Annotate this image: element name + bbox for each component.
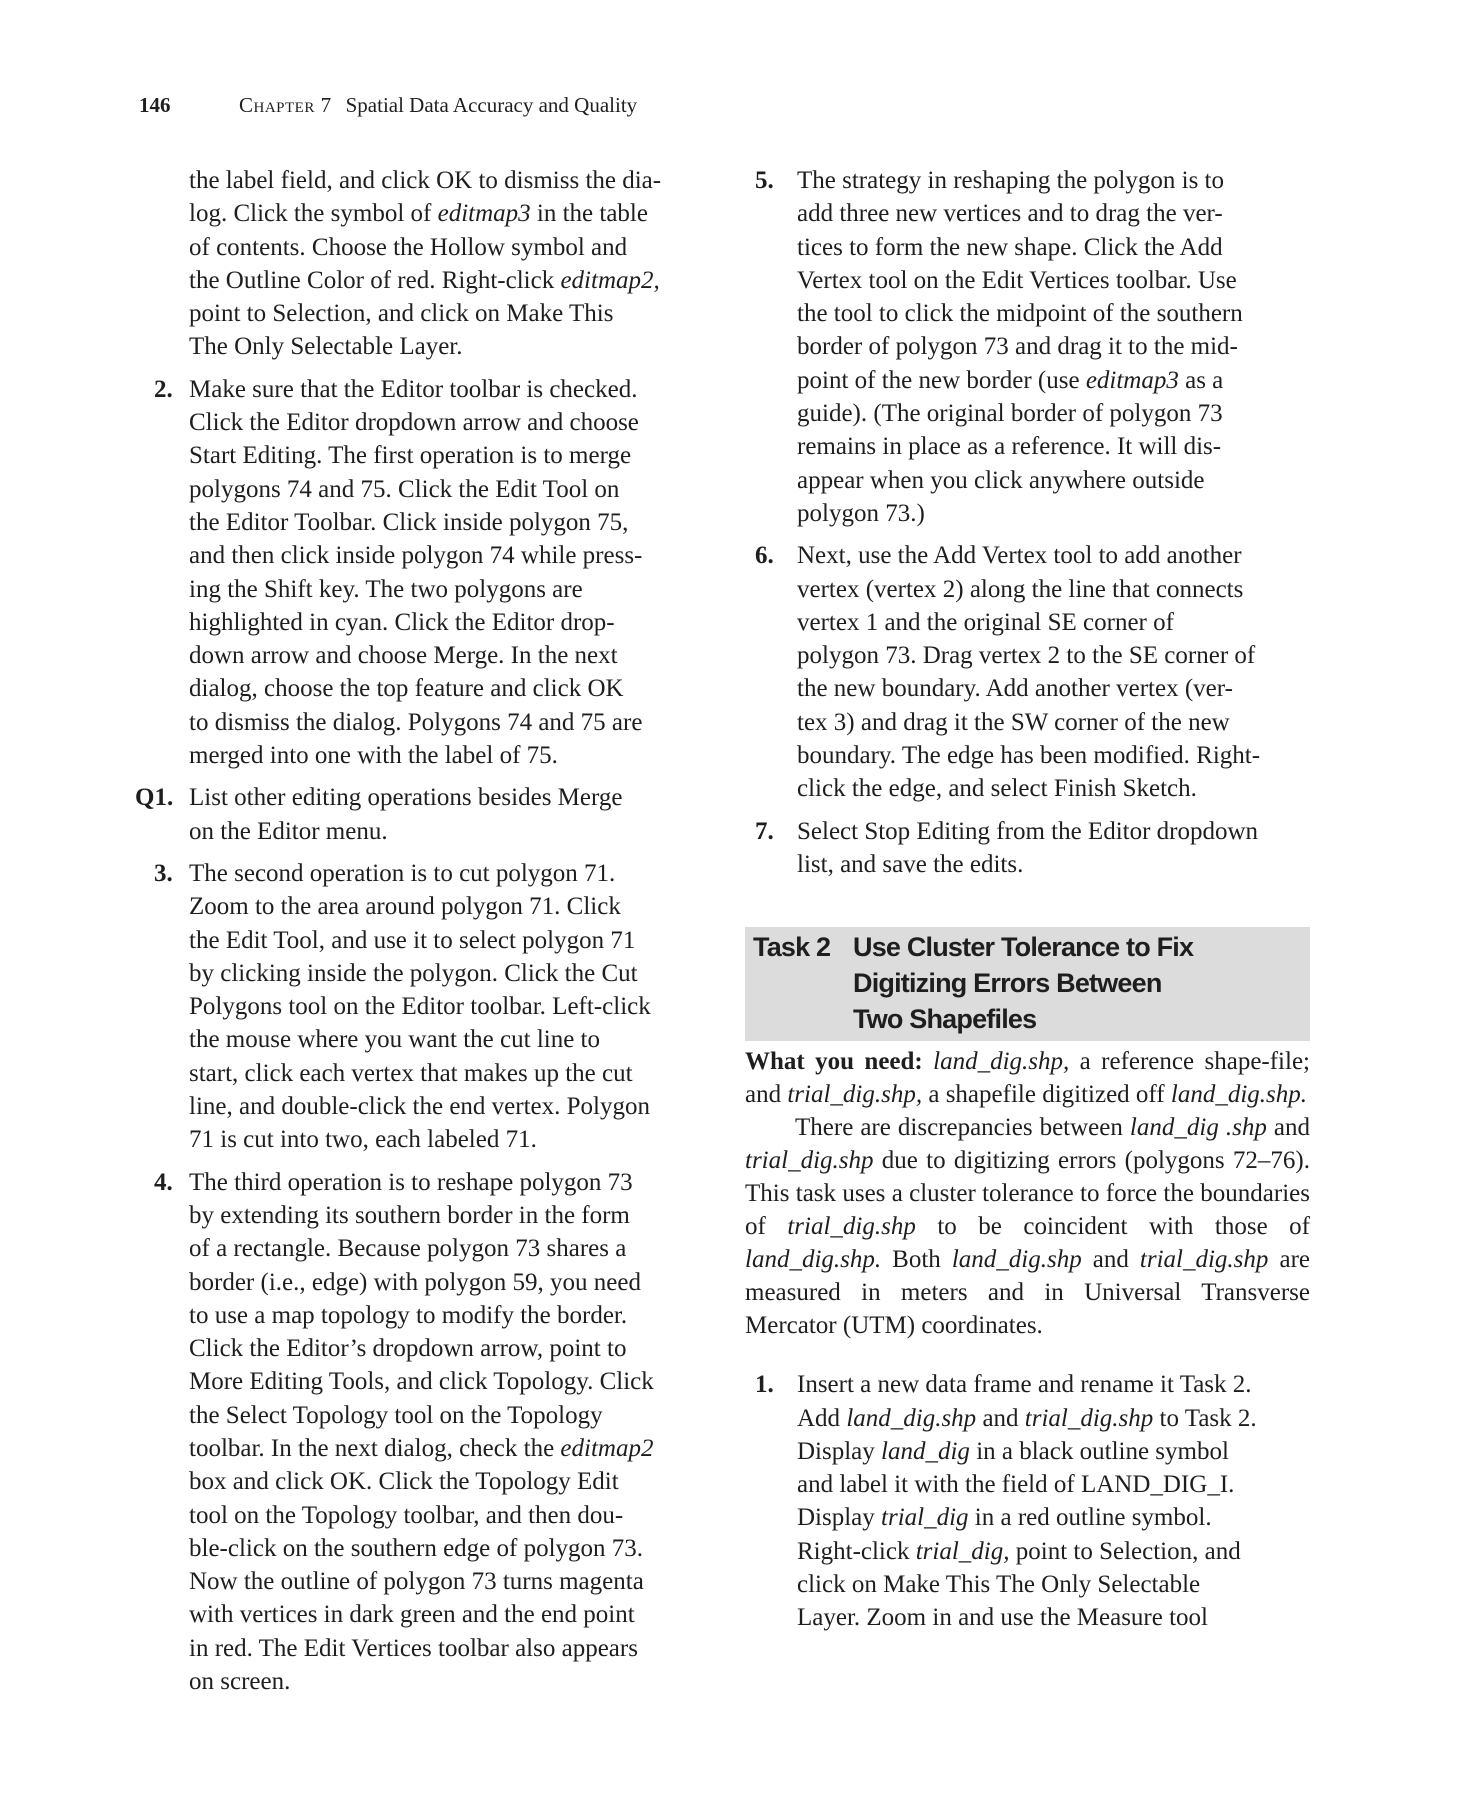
text-line: Zoom to the area around polygon 71. Clic… <box>189 890 659 923</box>
text-line: on screen. <box>189 1665 659 1698</box>
text-line: add three new vertices and to drag the v… <box>797 197 1310 230</box>
text-line: and label it with the field of LAND_DIG_… <box>797 1468 1310 1501</box>
text-line: to use a map topology to modify the bord… <box>189 1299 659 1332</box>
text-line: in red. The Edit Vertices toolbar also a… <box>189 1632 659 1665</box>
text-line: point of the new border (use editmap3 as… <box>797 364 1310 397</box>
text-line: the Edit Tool, and use it to select poly… <box>189 924 659 957</box>
text-line: tices to form the new shape. Click the A… <box>797 231 1310 264</box>
step-number: 2. <box>154 373 173 406</box>
text-line: tool on the Topology toolbar, and then d… <box>189 1499 659 1532</box>
task-heading: Task 2 Use Cluster Tolerance to FixDigit… <box>745 927 1310 1041</box>
what-you-need: What you need: land_dig.shp, a reference… <box>745 1045 1310 1111</box>
text-line: tex 3) and drag it the SW corner of the … <box>797 706 1310 739</box>
task-intro-paragraph: There are discrepancies between land_dig… <box>745 1111 1310 1342</box>
step-number: 4. <box>154 1166 173 1199</box>
question-item: Q1.List other editing operations besides… <box>139 781 659 848</box>
text-line: by extending its southern border in the … <box>189 1199 659 1232</box>
text-line: More Editing Tools, and click Topology. … <box>189 1365 659 1398</box>
text-line: Click the Editor’s dropdown arrow, point… <box>189 1332 659 1365</box>
text-line: Next, use the Add Vertex tool to add ano… <box>797 539 1310 572</box>
text-line: vertex (vertex 2) along the line that co… <box>797 573 1310 606</box>
task-label: Task 2 <box>753 929 853 1037</box>
text-line: box and click OK. Click the Topology Edi… <box>189 1465 659 1498</box>
text-line: polygons 74 and 75. Click the Edit Tool … <box>189 473 659 506</box>
running-head: 146Chapter 7Spatial Data Accuracy and Qu… <box>139 92 637 118</box>
text-line: merged into one with the label of 75. <box>189 739 659 772</box>
text-line: click the edge, and select Finish Sketch… <box>797 772 1310 805</box>
text-line: the mouse where you want the cut line to <box>189 1023 659 1056</box>
text-line: The Only Selectable Layer. <box>189 330 659 363</box>
text-line: List other editing operations besides Me… <box>189 781 659 814</box>
text-line: list, and save the edits. <box>797 848 1310 881</box>
text-line: border (i.e., edge) with polygon 59, you… <box>189 1266 659 1299</box>
step-number: 7. <box>755 815 774 848</box>
continued-step-text: the label field, and click OK to dismiss… <box>139 164 659 364</box>
step-item: 4.The third operation is to reshape poly… <box>139 1166 659 1699</box>
text-line: point to Selection, and click on Make Th… <box>189 297 659 330</box>
text-line: Insert a new data frame and rename it Ta… <box>797 1368 1310 1401</box>
chapter-title: Spatial Data Accuracy and Quality <box>346 93 638 117</box>
text-line: Vertex tool on the Edit Vertices toolbar… <box>797 264 1310 297</box>
step-number: 1. <box>755 1368 774 1401</box>
page-number: 146 <box>139 92 239 118</box>
text-line: the Editor Toolbar. Click inside polygon… <box>189 506 659 539</box>
text-line: 71 is cut into two, each labeled 71. <box>189 1123 659 1156</box>
text-line: Two Shapefiles <box>853 1001 1300 1037</box>
right-steps: 5.The strategy in reshaping the polygon … <box>745 164 1310 881</box>
text-line: remains in place as a reference. It will… <box>797 430 1310 463</box>
text-line: Polygons tool on the Editor toolbar. Lef… <box>189 990 659 1023</box>
text-line: vertex 1 and the original SE corner of <box>797 606 1310 639</box>
text-line: Right-click trial_dig, point to Selectio… <box>797 1535 1310 1568</box>
left-steps: 2.Make sure that the Editor toolbar is c… <box>139 373 659 1699</box>
text-line: Add land_dig.shp and trial_dig.shp to Ta… <box>797 1402 1310 1435</box>
step-item: 3.The second operation is to cut polygon… <box>139 857 659 1157</box>
text-line: log. Click the symbol of editmap3 in the… <box>189 197 659 230</box>
text-line: the Select Topology tool on the Topology <box>189 1399 659 1432</box>
text-line: Make sure that the Editor toolbar is che… <box>189 373 659 406</box>
text-line: the label field, and click OK to dismiss… <box>189 164 659 197</box>
text-line: Select Stop Editing from the Editor drop… <box>797 815 1310 848</box>
text-line: line, and double-click the end vertex. P… <box>189 1090 659 1123</box>
task-title: Use Cluster Tolerance to FixDigitizing E… <box>853 929 1300 1037</box>
text-line: Layer. Zoom in and use the Measure tool <box>797 1601 1310 1634</box>
text-line: toolbar. In the next dialog, check the e… <box>189 1432 659 1465</box>
step-number: 5. <box>755 164 774 197</box>
what-you-need-label: What you need: <box>745 1048 923 1075</box>
task-steps: 1.Insert a new data frame and rename it … <box>745 1368 1310 1634</box>
text-line: with vertices in dark green and the end … <box>189 1598 659 1631</box>
text-line: on the Editor menu. <box>189 815 659 848</box>
text-line: the Outline Color of red. Right-click ed… <box>189 264 659 297</box>
text-line: start, click each vertex that makes up t… <box>189 1057 659 1090</box>
text-line: Use Cluster Tolerance to Fix <box>853 929 1300 965</box>
text-line: border of polygon 73 and drag it to the … <box>797 330 1310 363</box>
text-line: Display trial_dig in a red outline symbo… <box>797 1501 1310 1534</box>
step-number: Q1. <box>135 781 173 814</box>
text-line: The second operation is to cut polygon 7… <box>189 857 659 890</box>
text-line: by clicking inside the polygon. Click th… <box>189 957 659 990</box>
left-column: the label field, and click OK to dismiss… <box>139 164 659 1707</box>
text-line: guide). (The original border of polygon … <box>797 397 1310 430</box>
text-line: highlighted in cyan. Click the Editor dr… <box>189 606 659 639</box>
text-line: click on Make This The Only Selectable <box>797 1568 1310 1601</box>
text-line: The strategy in reshaping the polygon is… <box>797 164 1310 197</box>
text-line: Display land_dig in a black outline symb… <box>797 1435 1310 1468</box>
chapter-label: Chapter 7 <box>239 93 332 117</box>
text-line: appear when you click anywhere outside <box>797 464 1310 497</box>
text-line: dialog, choose the top feature and click… <box>189 672 659 705</box>
step-item: 5.The strategy in reshaping the polygon … <box>745 164 1310 530</box>
text-line: ing the Shift key. The two polygons are <box>189 573 659 606</box>
text-line: Start Editing. The first operation is to… <box>189 439 659 472</box>
text-line: the tool to click the midpoint of the so… <box>797 297 1310 330</box>
text-line: polygon 73. Drag vertex 2 to the SE corn… <box>797 639 1310 672</box>
step-item: 7.Select Stop Editing from the Editor dr… <box>745 815 1310 882</box>
text-line: the new boundary. Add another vertex (ve… <box>797 672 1310 705</box>
step-item: 1.Insert a new data frame and rename it … <box>745 1368 1310 1634</box>
text-line: The third operation is to reshape polygo… <box>189 1166 659 1199</box>
step-item: 6.Next, use the Add Vertex tool to add a… <box>745 539 1310 805</box>
text-line: to dismiss the dialog. Polygons 74 and 7… <box>189 706 659 739</box>
text-line: and then click inside polygon 74 while p… <box>189 539 659 572</box>
text-line: down arrow and choose Merge. In the next <box>189 639 659 672</box>
text-line: ble-click on the southern edge of polygo… <box>189 1532 659 1565</box>
step-number: 6. <box>755 539 774 572</box>
text-line: of a rectangle. Because polygon 73 share… <box>189 1232 659 1265</box>
text-line: of contents. Choose the Hollow symbol an… <box>189 231 659 264</box>
right-column: 5.The strategy in reshaping the polygon … <box>745 164 1310 1644</box>
text-line: polygon 73.) <box>797 497 1310 530</box>
step-number: 3. <box>154 857 173 890</box>
text-line: Now the outline of polygon 73 turns mage… <box>189 1565 659 1598</box>
step-item: 2.Make sure that the Editor toolbar is c… <box>139 373 659 773</box>
text-line: Digitizing Errors Between <box>853 965 1300 1001</box>
text-line: boundary. The edge has been modified. Ri… <box>797 739 1310 772</box>
text-line: Click the Editor dropdown arrow and choo… <box>189 406 659 439</box>
